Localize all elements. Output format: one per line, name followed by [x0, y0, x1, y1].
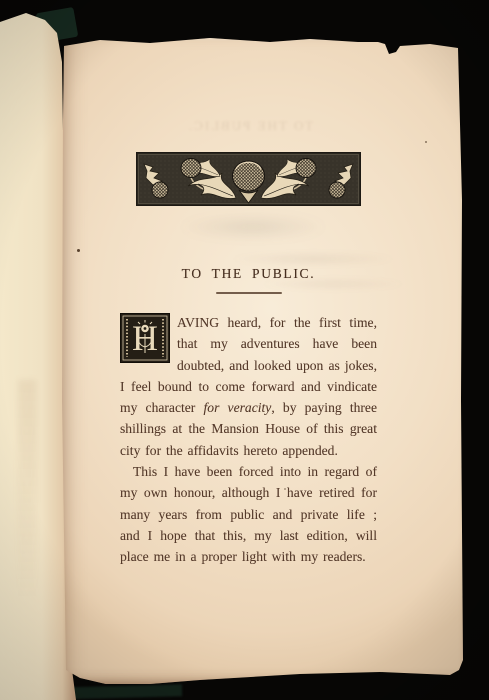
paper-speck [77, 249, 80, 252]
book-page: TO THE PUBLIC. [58, 36, 468, 684]
thistle-headpiece-ornament [136, 152, 361, 206]
paragraph-1: H AVING heard, for the first time, that … [120, 312, 377, 461]
facing-page-stain [18, 380, 36, 600]
heading-rule [216, 292, 282, 294]
paragraph-1-italic: for veracity [204, 400, 272, 415]
printed-column: TO THE PUBLIC. H [120, 152, 377, 568]
drop-cap-initial: H [120, 313, 170, 370]
paper-speck [425, 141, 427, 143]
paragraph-2: This I have been forced into in regard o… [120, 461, 377, 567]
book-photo: TO THE PUBLIC. [0, 0, 489, 700]
page-title: TO THE PUBLIC. [120, 266, 377, 282]
body-text: H AVING heard, for the first time, that … [120, 312, 377, 568]
bleed-through-text: TO THE PUBLIC. [187, 118, 313, 134]
